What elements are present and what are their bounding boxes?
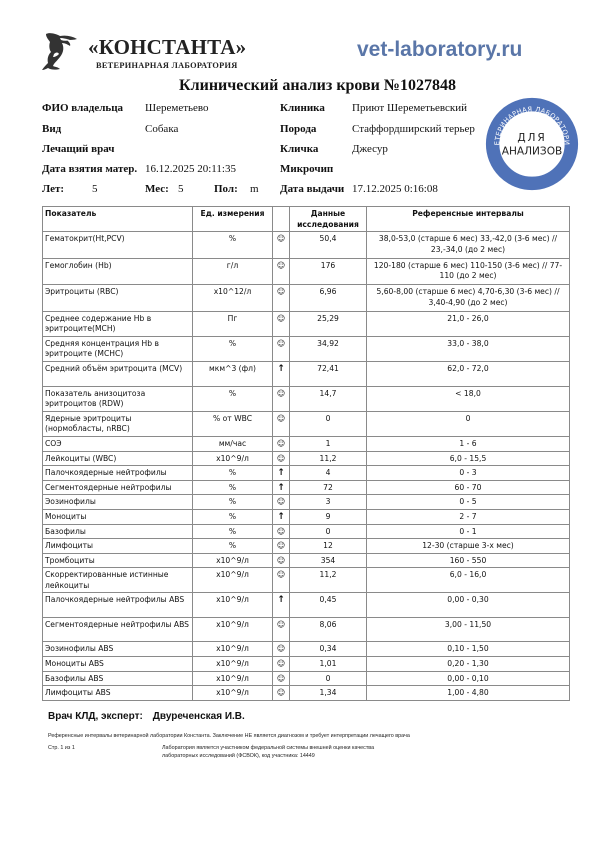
smiley-icon: ☺ [277, 439, 285, 448]
parameter-name: Эритроциты (RBC) [43, 285, 193, 312]
result-value: 0 [290, 524, 367, 539]
flag-cell: ☺ [273, 411, 290, 436]
unit: x10^9/л [193, 617, 273, 642]
reference-range: 0,20 - 1,30 [367, 657, 570, 672]
clinic-value: Приют Шереметьевский [352, 102, 467, 114]
years-value: 5 [92, 183, 98, 195]
table-row: Эозинофилы ABSx10^9/л☺0,340,10 - 1,50 [43, 642, 570, 657]
arrow-up-icon: ↑ [277, 513, 285, 522]
reference-range: 0,00 - 0,10 [367, 671, 570, 686]
unit: г/л [193, 258, 273, 285]
unit: Пг [193, 311, 273, 336]
smiley-icon: ☺ [277, 644, 285, 653]
owner-label: ФИО владельца [42, 102, 123, 114]
reference-range: 160 - 550 [367, 553, 570, 568]
page-number: Стр. 1 из 1 [48, 745, 75, 751]
reference-range: 0 - 5 [367, 495, 570, 510]
owner-value: Шереметьево [145, 102, 209, 114]
flag-cell: ↑ [273, 362, 290, 387]
parameter-name: Сегментоядерные нейтрофилы [43, 480, 193, 495]
parameter-name: Эозинофилы ABS [43, 642, 193, 657]
result-value: 354 [290, 553, 367, 568]
species-label: Вид [42, 123, 61, 135]
flag-cell: ☺ [273, 568, 290, 593]
parameter-name: Тромбоциты [43, 553, 193, 568]
reference-range: 120-180 (старше 6 мес) 110-150 (3-6 мес)… [367, 258, 570, 285]
unit: x10^9/л [193, 642, 273, 657]
flag-cell: ☺ [273, 258, 290, 285]
unit: % от WBC [193, 411, 273, 436]
reference-range: 21,0 - 26,0 [367, 311, 570, 336]
result-value: 25,29 [290, 311, 367, 336]
table-row: Эозинофилы%☺30 - 5 [43, 495, 570, 510]
table-row: Среднее содержание Hb в эритроците(MCH)П… [43, 311, 570, 336]
sex-value: m [250, 183, 259, 195]
result-value: 34,92 [290, 336, 367, 361]
smiley-icon: ☺ [277, 287, 285, 296]
table-row: Моноциты ABSx10^9/л☺1,010,20 - 1,30 [43, 657, 570, 672]
stamp-center-line1: ДЛЯ [517, 132, 546, 144]
smiley-icon: ☺ [277, 659, 285, 668]
reference-range: 1 - 6 [367, 436, 570, 451]
reference-range: 0,10 - 1,50 [367, 642, 570, 657]
table-row: Средняя концентрация Hb в эритроците (MC… [43, 336, 570, 361]
unit: % [193, 336, 273, 361]
result-value: 72,41 [290, 362, 367, 387]
parameter-name: Гематокрит(Ht,PCV) [43, 232, 193, 259]
result-value: 14,7 [290, 386, 367, 411]
flag-cell: ↑ [273, 466, 290, 481]
results-table: Показатель Ед. измерения Данные исследов… [42, 206, 570, 701]
issue-date-value: 17.12.2025 0:16:08 [352, 183, 438, 195]
website-link[interactable]: vet-laboratory.ru [357, 38, 522, 62]
result-value: 11,2 [290, 451, 367, 466]
reference-range: 6,0 - 15,5 [367, 451, 570, 466]
result-value: 0 [290, 671, 367, 686]
reference-range: 3,00 - 11,50 [367, 617, 570, 642]
flag-cell: ☺ [273, 285, 290, 312]
header-reference: Референсные интервалы [367, 207, 570, 232]
lab-doctor-label: Врач КЛД, эксперт: [48, 711, 143, 722]
result-value: 50,4 [290, 232, 367, 259]
lab-logo: «КОНСТАНТА» ВЕТЕРИНАРНАЯ ЛАБОРАТОРИЯ [40, 28, 300, 73]
smiley-icon: ☺ [277, 314, 285, 323]
parameter-name: Моноциты [43, 509, 193, 524]
parameter-name: Гемоглобин (Hb) [43, 258, 193, 285]
smiley-icon: ☺ [277, 497, 285, 506]
result-value: 9 [290, 509, 367, 524]
unit: x10^9/л [193, 568, 273, 593]
unit: x10^9/л [193, 686, 273, 701]
reference-range: 5,60-8,00 (старше 6 мес) 4,70-6,30 (3-6 … [367, 285, 570, 312]
flag-cell: ☺ [273, 495, 290, 510]
result-value: 8,06 [290, 617, 367, 642]
result-value: 4 [290, 466, 367, 481]
flag-cell: ☺ [273, 336, 290, 361]
result-value: 1,01 [290, 657, 367, 672]
smiley-icon: ☺ [277, 570, 285, 579]
reference-range: 62,0 - 72,0 [367, 362, 570, 387]
header-flag [273, 207, 290, 232]
result-value: 0 [290, 411, 367, 436]
smiley-icon: ☺ [277, 527, 285, 536]
flag-cell: ☺ [273, 524, 290, 539]
unit: % [193, 480, 273, 495]
lab-doctor: Врач КЛД, эксперт:Двуреченская И.В. [48, 711, 245, 722]
breed-value: Стаффордширский терьер [352, 123, 475, 135]
parameter-name: Ядерные эритроциты (нормобласты, nRBC) [43, 411, 193, 436]
issue-date-label: Дата выдачи [280, 183, 344, 195]
result-value: 6,96 [290, 285, 367, 312]
header-unit: Ед. измерения [193, 207, 273, 232]
smiley-icon: ☺ [277, 389, 285, 398]
parameter-name: Базофилы [43, 524, 193, 539]
table-row: Тромбоцитыx10^9/л☺354160 - 550 [43, 553, 570, 568]
months-value: 5 [178, 183, 184, 195]
flag-cell: ☺ [273, 657, 290, 672]
reference-range: 0 - 1 [367, 524, 570, 539]
table-row: СОЭмм/час☺11 - 6 [43, 436, 570, 451]
table-row: Базофилы%☺00 - 1 [43, 524, 570, 539]
reference-range: 0 [367, 411, 570, 436]
parameter-name: Палочкоядерные нейтрофилы ABS [43, 593, 193, 618]
unit: x10^9/л [193, 593, 273, 618]
smiley-icon: ☺ [277, 620, 285, 629]
years-label: Лет: [42, 183, 64, 195]
smiley-icon: ☺ [277, 234, 285, 243]
arrow-up-icon: ↑ [277, 484, 285, 493]
unit: x10^9/л [193, 657, 273, 672]
species-value: Собака [145, 123, 178, 135]
result-value: 12 [290, 539, 367, 554]
disclaimer-note: Референсные интервалы ветеринарной лабор… [48, 733, 410, 739]
smiley-icon: ☺ [277, 674, 285, 683]
reference-range: 1,00 - 4,80 [367, 686, 570, 701]
doctor-label: Лечащий врач [42, 143, 114, 155]
parameter-name: Средняя концентрация Hb в эритроците (MC… [43, 336, 193, 361]
result-value: 1 [290, 436, 367, 451]
unit: x10^9/л [193, 553, 273, 568]
parameter-name: Моноциты ABS [43, 657, 193, 672]
parameter-name: Среднее содержание Hb в эритроците(MCH) [43, 311, 193, 336]
result-value: 0,45 [290, 593, 367, 618]
result-value: 3 [290, 495, 367, 510]
parameter-name: Скорректированные истинные лейкоциты [43, 568, 193, 593]
unit: % [193, 495, 273, 510]
table-row: Лимфоциты ABSx10^9/л☺1,341,00 - 4,80 [43, 686, 570, 701]
table-row: Лимфоциты%☺1212-30 (старше 3-х мес) [43, 539, 570, 554]
table-row: Палочкоядерные нейтрофилы%↑40 - 3 [43, 466, 570, 481]
flag-cell: ☺ [273, 617, 290, 642]
fsvok-note: Лаборатория является участником федераль… [162, 745, 374, 760]
unit: % [193, 232, 273, 259]
clinic-label: Клиника [280, 102, 325, 114]
table-row: Моноциты%↑92 - 7 [43, 509, 570, 524]
table-row: Лейкоциты (WBC)x10^9/л☺11,26,0 - 15,5 [43, 451, 570, 466]
sex-label: Пол: [214, 183, 238, 195]
orca-icon [40, 30, 80, 72]
table-row: Сегментоядерные нейтрофилы ABSx10^9/л☺8,… [43, 617, 570, 642]
table-row: Палочкоядерные нейтрофилы ABSx10^9/л↑0,4… [43, 593, 570, 618]
result-value: 1,34 [290, 686, 367, 701]
table-row: Скорректированные истинные лейкоцитыx10^… [43, 568, 570, 593]
parameter-name: Лейкоциты (WBC) [43, 451, 193, 466]
flag-cell: ☺ [273, 686, 290, 701]
parameter-name: Эозинофилы [43, 495, 193, 510]
flag-cell: ☺ [273, 232, 290, 259]
brand-subtitle: ВЕТЕРИНАРНАЯ ЛАБОРАТОРИЯ [96, 61, 238, 70]
unit: x10^9/л [193, 671, 273, 686]
flag-cell: ☺ [273, 311, 290, 336]
smiley-icon: ☺ [277, 261, 285, 270]
pet-name-label: Кличка [280, 143, 318, 155]
parameter-name: Лимфоциты [43, 539, 193, 554]
flag-cell: ☺ [273, 436, 290, 451]
header-value: Данные исследования [290, 207, 367, 232]
table-row: Средний объём эритроцита (MCV)мкм^3 (фл)… [43, 362, 570, 387]
unit: x10^12/л [193, 285, 273, 312]
flag-cell: ☺ [273, 553, 290, 568]
arrow-up-icon: ↑ [277, 596, 285, 605]
table-row: Ядерные эритроциты (нормобласты, nRBC)% … [43, 411, 570, 436]
table-row: Показатель анизоцитоза эритроцитов (RDW)… [43, 386, 570, 411]
reference-range: 12-30 (старше 3-х мес) [367, 539, 570, 554]
result-value: 176 [290, 258, 367, 285]
reference-range: < 18,0 [367, 386, 570, 411]
parameter-name: Средний объём эритроцита (MCV) [43, 362, 193, 387]
result-value: 11,2 [290, 568, 367, 593]
unit: % [193, 539, 273, 554]
reference-range: 6,0 - 16,0 [367, 568, 570, 593]
flag-cell: ☺ [273, 451, 290, 466]
smiley-icon: ☺ [277, 688, 285, 697]
parameter-name: Показатель анизоцитоза эритроцитов (RDW) [43, 386, 193, 411]
months-label: Мес: [145, 183, 169, 195]
table-row: Эритроциты (RBC)x10^12/л☺6,965,60-8,00 (… [43, 285, 570, 312]
flag-cell: ↑ [273, 593, 290, 618]
parameter-name: Базофилы ABS [43, 671, 193, 686]
smiley-icon: ☺ [277, 339, 285, 348]
document-title: Клинический анализ крови №1027848 [0, 77, 595, 95]
lab-stamp: ВЕТЕРИНАРНАЯ ЛАБОРАТОРИЯ КОНСТАНТА ДЛЯ А… [484, 96, 580, 192]
unit: % [193, 466, 273, 481]
reference-range: 2 - 7 [367, 509, 570, 524]
flag-cell: ☺ [273, 386, 290, 411]
reference-range: 38,0-53,0 (старше 6 мес) 33,-42,0 (3-6 м… [367, 232, 570, 259]
flag-cell: ↑ [273, 509, 290, 524]
unit: % [193, 524, 273, 539]
smiley-icon: ☺ [277, 454, 285, 463]
smiley-icon: ☺ [277, 556, 285, 565]
arrow-up-icon: ↑ [277, 365, 285, 374]
parameter-name: СОЭ [43, 436, 193, 451]
table-row: Сегментоядерные нейтрофилы%↑7260 - 70 [43, 480, 570, 495]
reference-range: 0,00 - 0,30 [367, 593, 570, 618]
reference-range: 33,0 - 38,0 [367, 336, 570, 361]
reference-range: 60 - 70 [367, 480, 570, 495]
arrow-up-icon: ↑ [277, 469, 285, 478]
flag-cell: ☺ [273, 642, 290, 657]
smiley-icon: ☺ [277, 414, 285, 423]
parameter-name: Палочкоядерные нейтрофилы [43, 466, 193, 481]
unit: мм/час [193, 436, 273, 451]
flag-cell: ☺ [273, 539, 290, 554]
table-row: Гематокрит(Ht,PCV)%☺50,438,0-53,0 (старш… [43, 232, 570, 259]
parameter-name: Сегментоядерные нейтрофилы ABS [43, 617, 193, 642]
pet-name-value: Джесур [352, 143, 388, 155]
flag-cell: ☺ [273, 671, 290, 686]
chip-label: Микрочип [280, 163, 333, 175]
result-value: 72 [290, 480, 367, 495]
stamp-center-line2: АНАЛИЗОВ [502, 146, 562, 158]
table-row: Гемоглобин (Hb)г/л☺176120-180 (старше 6 … [43, 258, 570, 285]
brand-name: «КОНСТАНТА» [88, 35, 246, 60]
result-value: 0,34 [290, 642, 367, 657]
sample-date-value: 16.12.2025 20:11:35 [145, 163, 236, 175]
unit: мкм^3 (фл) [193, 362, 273, 387]
lab-doctor-name: Двуреченская И.В. [153, 711, 245, 722]
sample-date-label: Дата взятия матер. [42, 163, 137, 175]
reference-range: 0 - 3 [367, 466, 570, 481]
header-parameter: Показатель [43, 207, 193, 232]
table-row: Базофилы ABSx10^9/л☺00,00 - 0,10 [43, 671, 570, 686]
breed-label: Порода [280, 123, 316, 135]
table-header-row: Показатель Ед. измерения Данные исследов… [43, 207, 570, 232]
smiley-icon: ☺ [277, 541, 285, 550]
unit: % [193, 386, 273, 411]
unit: x10^9/л [193, 451, 273, 466]
unit: % [193, 509, 273, 524]
flag-cell: ↑ [273, 480, 290, 495]
parameter-name: Лимфоциты ABS [43, 686, 193, 701]
